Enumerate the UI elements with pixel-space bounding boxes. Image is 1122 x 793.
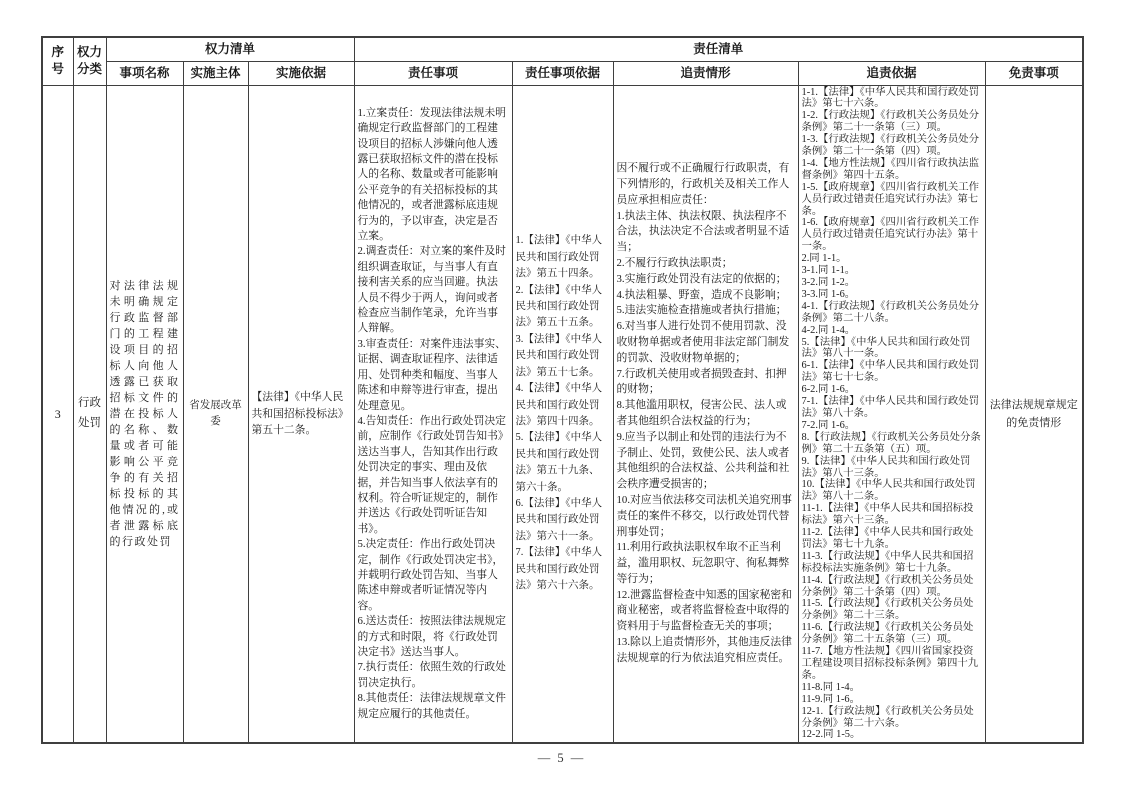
header-group-responsibility-list: 责任清单 <box>354 37 1083 61</box>
header-row-groups: 序 号 权力 分类 权力清单 责任清单 <box>42 37 1083 61</box>
cell-accountability-situations: 因不履行或不正确履行行政职责，有下列情形的，行政机关及相关工作人员应承担相应责任… <box>613 85 798 743</box>
cell-implementation-basis: 【法律】《中华人民共和国招标投标法》第五十二条。 <box>248 85 354 743</box>
header-group-power-list: 权力清单 <box>106 37 354 61</box>
header-row-columns: 事项名称 实施主体 实施依据 责任事项 责任事项依据 追责情形 追责依据 免责事… <box>42 61 1083 85</box>
cell-implementer: 省发展改革委 <box>183 85 248 743</box>
cell-accountability-basis: 1-1.【法律】《中华人民共和国行政处罚法》第七十六条。 1-2.【行政法规】《… <box>798 85 985 743</box>
cell-exemption: 法律法规规章规定的免责情形 <box>985 85 1083 743</box>
power-responsibility-table: 序 号 权力 分类 权力清单 责任清单 事项名称 实施主体 实施依据 责任事项 … <box>41 36 1084 744</box>
header-power-category: 权力 分类 <box>73 37 106 85</box>
document-page: 序 号 权力 分类 权力清单 责任清单 事项名称 实施主体 实施依据 责任事项 … <box>0 0 1122 793</box>
table-row: 3 行政 处罚 对法律法规未明确规定行政监督部门的工程建设项目的招标人向他人透露… <box>42 85 1083 743</box>
header-item-name: 事项名称 <box>106 61 183 85</box>
cell-responsibility-basis: 1.【法律】《中华人民共和国行政处罚法》第五十四条。 2.【法律】《中华人民共和… <box>512 85 613 743</box>
header-implementer: 实施主体 <box>183 61 248 85</box>
cell-power-category: 行政 处罚 <box>73 85 106 743</box>
header-exemption: 免责事项 <box>985 61 1083 85</box>
header-serial: 序 号 <box>42 37 73 85</box>
header-responsibility-items: 责任事项 <box>354 61 512 85</box>
page-number: — 5 — <box>41 751 1082 766</box>
header-implementation-basis: 实施依据 <box>248 61 354 85</box>
cell-item-name: 对法律法规未明确规定行政监督部门的工程建设项目的招标人向他人透露已获取招标文件的… <box>106 85 183 743</box>
cell-responsibility-items: 1.立案责任：发现法律法规未明确规定行政监督部门的工程建设项目的招标人涉嫌向他人… <box>354 85 512 743</box>
cell-serial-number: 3 <box>42 85 73 743</box>
header-accountability-basis: 追责依据 <box>798 61 985 85</box>
header-accountability-situations: 追责情形 <box>613 61 798 85</box>
header-responsibility-basis: 责任事项依据 <box>512 61 613 85</box>
